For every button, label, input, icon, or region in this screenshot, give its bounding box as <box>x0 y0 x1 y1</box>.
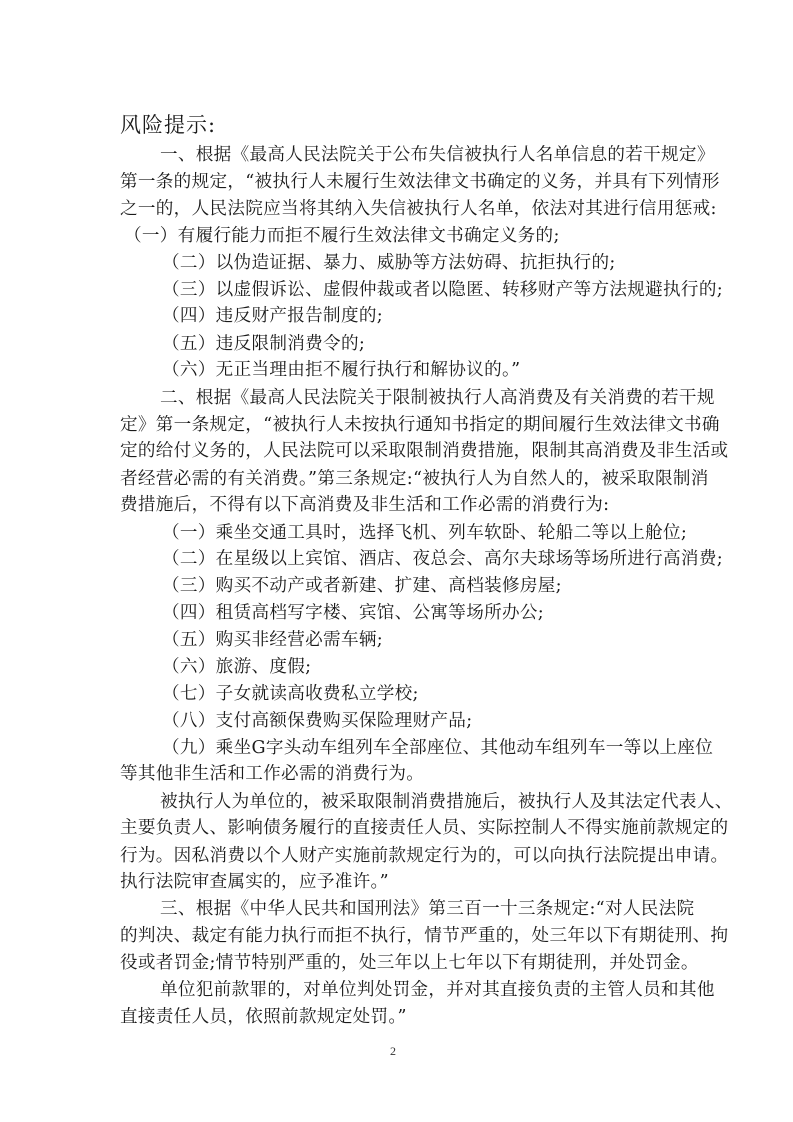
text-line: 三、根据《中华人民共和国刑法》第三百一十三条规定:“对人民法院 <box>160 897 694 921</box>
text-line: 之一的，人民法院应当将其纳入失信被执行人名单，依法对其进行信用惩戒: <box>120 197 717 221</box>
text-line: （一）乘坐交通工具时，选择飞机、列车软卧、轮船二等以上舱位; <box>162 521 687 545</box>
text-line: 第一条的规定，“被执行人未履行生效法律文书确定的义务，并具有下列情形 <box>120 170 720 194</box>
text-line: 二、根据《最高人民法院关于限制被执行人高消费及有关消费的若干规 <box>160 386 715 410</box>
risk-notice-heading: 风险提示: <box>120 111 216 139</box>
text-line: 一、根据《最高人民法院关于公布失信被执行人名单信息的若干规定》 <box>160 143 715 167</box>
text-line: 役或者罚金;情节特别严重的，处三年以上七年以下有期徒刑，并处罚金。 <box>120 951 699 975</box>
text-line: （八）支付高额保费购买保险理财产品; <box>162 709 472 733</box>
text-line: 执行法院审查属实的，应予准许。” <box>120 870 389 894</box>
text-line: （三）以虚假诉讼、虚假仲裁或者以隐匿、转移财产等方法规避执行的; <box>162 278 723 302</box>
text-line: （六）无正当理由拒不履行执行和解协议的。” <box>162 358 520 382</box>
text-line: 者经营必需的有关消费。”第三条规定:“被执行人为自然人的，被采取限制消 <box>120 467 709 491</box>
text-line: 定的给付义务的，人民法院可以采取限制消费措施，限制其高消费及非生活或 <box>120 439 728 463</box>
text-line: （五）违反限制消费令的; <box>162 332 365 356</box>
text-line: 的判决、裁定有能力执行而拒不执行，情节严重的，处三年以下有期徒刑、拘 <box>120 924 728 948</box>
text-line: 单位犯前款罪的，对单位判处罚金，并对其直接负责的主管人员和其他 <box>160 978 715 1002</box>
page-number: 2 <box>390 1044 396 1058</box>
text-line: （一）有履行能力而拒不履行生效法律文书确定义务的; <box>124 224 560 248</box>
text-line: （四）违反财产报告制度的; <box>162 304 383 328</box>
text-line: （二）以伪造证据、暴力、威胁等方法妨碍、抗拒执行的; <box>162 251 616 275</box>
text-line: （七）子女就读高收费私立学校; <box>162 682 419 706</box>
text-line: 行为。因私消费以个人财产实施前款规定行为的，可以向执行法院提出申请。 <box>120 844 728 868</box>
text-line: （四）租赁高档写字楼、宾馆、公寓等场所办公; <box>162 601 544 625</box>
text-line: 费措施后，不得有以下高消费及非生活和工作必需的消费行为: <box>120 493 609 517</box>
text-line: 直接责任人员，依照前款规定处罚。” <box>120 1005 407 1029</box>
text-line: （二）在星级以上宾馆、酒店、夜总会、高尔夫球场等场所进行高消费; <box>162 547 723 571</box>
text-line: 等其他非生活和工作必需的消费行为。 <box>120 762 424 786</box>
text-line: （五）购买非经营必需车辆; <box>162 628 383 652</box>
text-line: （六）旅游、度假; <box>162 655 311 679</box>
text-line: 主要负责人、影响债务履行的直接责任人员、实际控制人不得实施前款规定的 <box>120 816 728 840</box>
text-line: 定》第一条规定，“被执行人未按执行通知书指定的期间履行生效法律文书确 <box>120 413 720 437</box>
document-page: 风险提示: 一、根据《最高人民法院关于公布失信被执行人名单信息的若干规定》第一条… <box>0 0 793 1122</box>
text-line: （三）购买不动产或者新建、扩建、高档装修房屋; <box>162 574 562 598</box>
text-line: （九）乘坐G字头动车组列车全部座位、其他动车组列车一等以上座位 <box>162 736 713 760</box>
text-line: 被执行人为单位的，被采取限制消费措施后，被执行人及其法定代表人、 <box>160 790 733 814</box>
